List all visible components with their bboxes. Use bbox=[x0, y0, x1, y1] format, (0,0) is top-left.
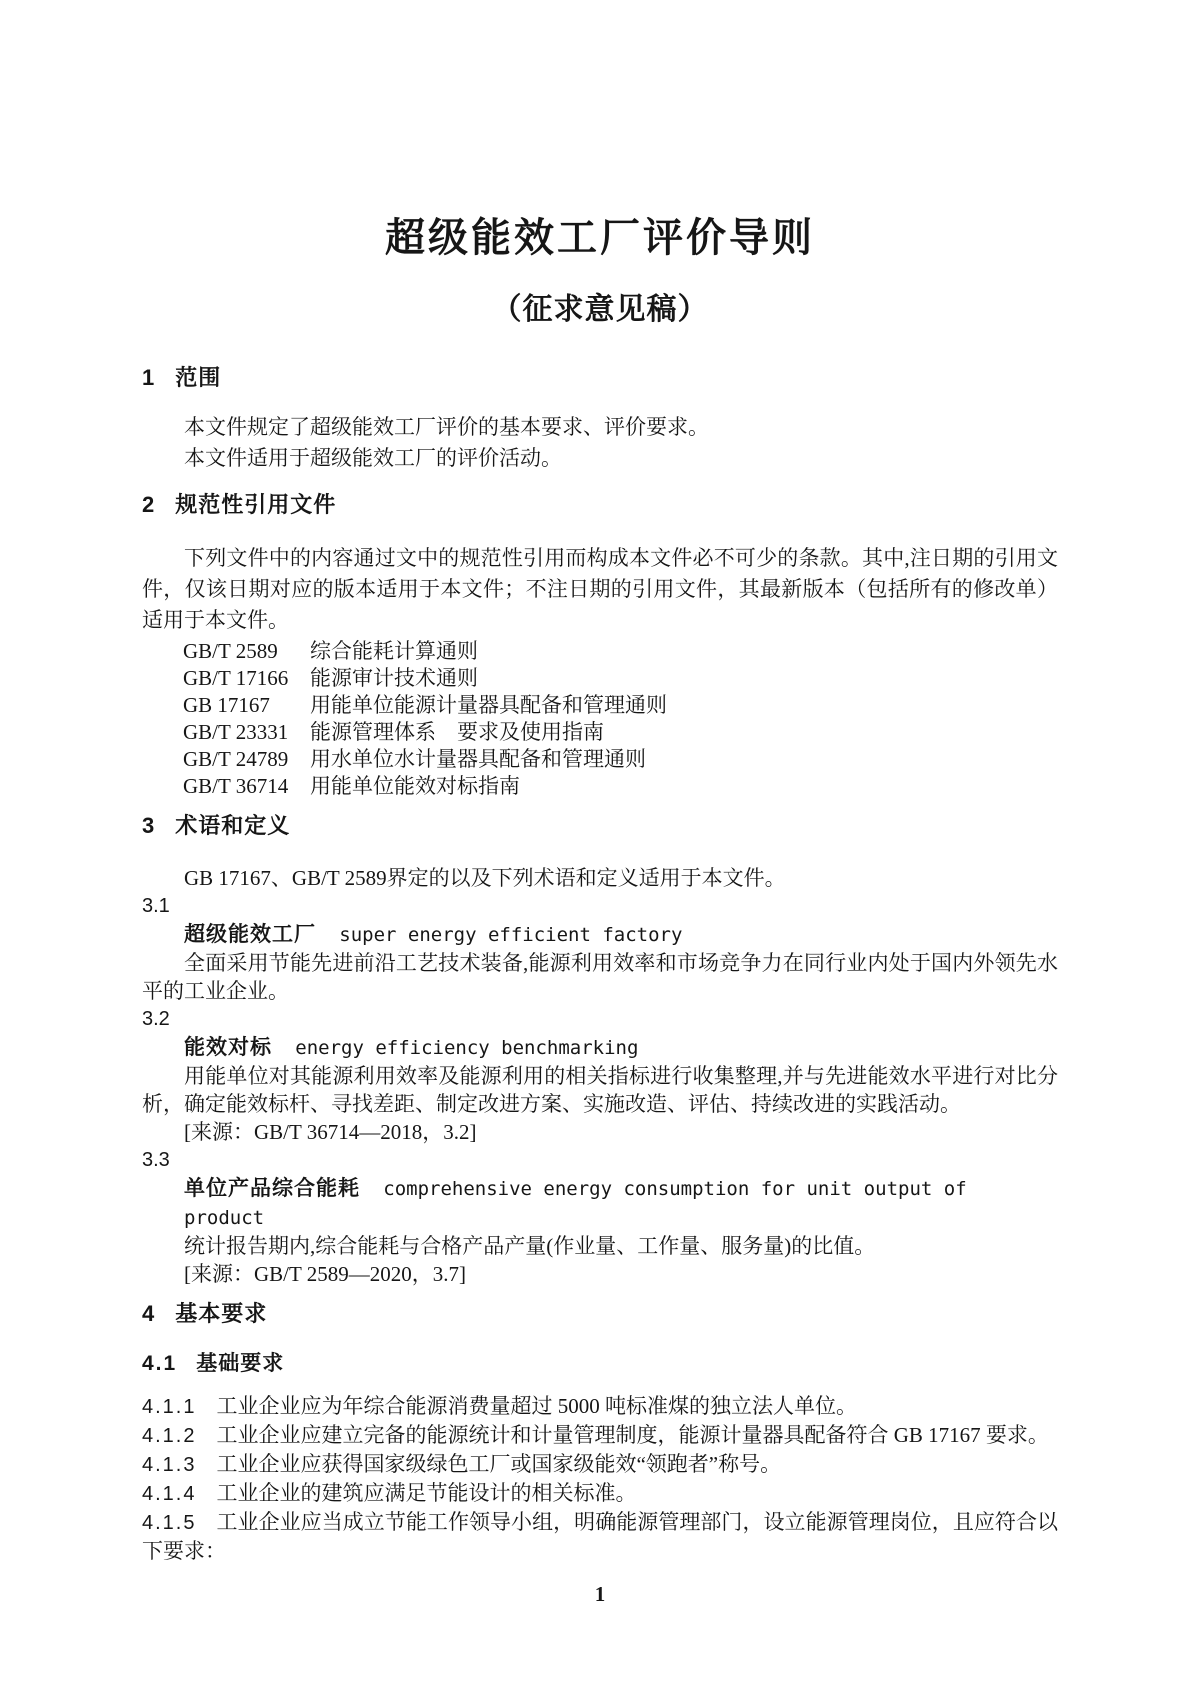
section-number: 1 bbox=[142, 364, 156, 392]
reference-code: GB/T 17166 bbox=[183, 665, 310, 692]
clause-4-1-4: 4.1.4工业企业的建筑应满足节能设计的相关标准。 bbox=[142, 1479, 1058, 1508]
reference-title: 能源审计技术通则 bbox=[310, 665, 478, 692]
term-entry-3-3: 3.3 单位产品综合能耗 comprehensive energy consum… bbox=[142, 1146, 1058, 1288]
term-source: [来源：GB/T 2589—2020，3.7] bbox=[142, 1260, 1058, 1288]
page-number: 1 bbox=[142, 1581, 1058, 1607]
reference-code: GB/T 2589 bbox=[183, 638, 310, 665]
term-name-en: energy efficiency benchmarking bbox=[295, 1037, 638, 1059]
reference-title: 用能单位能源计量器具配备和管理通则 bbox=[310, 692, 667, 719]
clause-number: 4.1.4 bbox=[142, 1483, 196, 1505]
term-source: [来源：GB/T 36714—2018，3.2] bbox=[142, 1118, 1058, 1146]
reference-code: GB/T 36714 bbox=[183, 773, 310, 800]
reference-title: 综合能耗计算通则 bbox=[310, 638, 478, 665]
clause-number: 4.1.2 bbox=[142, 1425, 196, 1447]
section-heading-label: 基本要求 bbox=[175, 1300, 267, 1328]
section-number: 2 bbox=[142, 491, 156, 519]
reference-item: GB 17167 用能单位能源计量器具配备和管理通则 bbox=[142, 692, 1058, 719]
term-entry-3-2: 3.2 能效对标 energy efficiency benchmarking … bbox=[142, 1005, 1058, 1146]
clause-4-1-3: 4.1.3工业企业应获得国家级绿色工厂或国家级能效“领跑者”称号。 bbox=[142, 1450, 1058, 1479]
reference-code: GB 17167 bbox=[183, 692, 310, 719]
reference-title: 能源管理体系 要求及使用指南 bbox=[310, 719, 604, 746]
document-subtitle: （征求意见稿） bbox=[142, 292, 1058, 328]
term-number: 3.2 bbox=[142, 1005, 1058, 1033]
term-name-zh: 单位产品综合能耗 bbox=[184, 1177, 360, 1200]
section-heading-label: 范围 bbox=[175, 364, 221, 392]
term-title-line: 超级能效工厂 super energy efficient factory bbox=[142, 920, 1058, 949]
terms-intro: GB 17167、GB/T 2589界定的以及下列术语和定义适用于本文件。 bbox=[142, 864, 1058, 892]
scope-paragraph-1: 本文件规定了超级能效工厂评价的基本要求、评价要求。 bbox=[142, 412, 1058, 443]
term-number: 3.1 bbox=[142, 892, 1058, 920]
subsection-heading-foundation-requirements: 4.1 基础要求 bbox=[142, 1350, 1058, 1378]
clause-number: 4.1.3 bbox=[142, 1454, 196, 1476]
term-title-line: 能效对标 energy efficiency benchmarking bbox=[142, 1033, 1058, 1062]
reference-item: GB/T 23331 能源管理体系 要求及使用指南 bbox=[142, 719, 1058, 746]
clause-number: 4.1.1 bbox=[142, 1396, 196, 1418]
document-page: 超级能效工厂评价导则 （征求意见稿） 1 范围 本文件规定了超级能效工厂评价的基… bbox=[0, 214, 1190, 1607]
scope-paragraph-2: 本文件适用于超级能效工厂的评价活动。 bbox=[142, 443, 1058, 474]
reference-code: GB/T 24789 bbox=[183, 746, 310, 773]
clause-text: 工业企业应获得国家级绿色工厂或国家级能效“领跑者”称号。 bbox=[216, 1452, 781, 1476]
clause-4-1-5: 4.1.5工业企业应当成立节能工作领导小组，明确能源管理部门，设立能源管理岗位，… bbox=[142, 1508, 1058, 1565]
section-heading-label: 规范性引用文件 bbox=[175, 491, 336, 519]
clause-text: 工业企业的建筑应满足节能设计的相关标准。 bbox=[216, 1481, 636, 1505]
subsection-number: 4.1 bbox=[142, 1350, 177, 1378]
section-heading-normative-references: 2 规范性引用文件 bbox=[142, 491, 1058, 519]
clause-4-1-2: 4.1.2工业企业应建立完备的能源统计和计量管理制度，能源计量器具配备符合 GB… bbox=[142, 1421, 1058, 1450]
section-heading-terms-definitions: 3 术语和定义 bbox=[142, 812, 1058, 840]
section-heading-basic-requirements: 4 基本要求 bbox=[142, 1300, 1058, 1328]
reference-list: GB/T 2589 综合能耗计算通则 GB/T 17166 能源审计技术通则 G… bbox=[142, 638, 1058, 800]
clause-number: 4.1.5 bbox=[142, 1512, 196, 1534]
term-name-zh: 超级能效工厂 bbox=[184, 923, 316, 946]
reference-title: 用能单位能效对标指南 bbox=[310, 773, 520, 800]
clause-text: 工业企业应当成立节能工作领导小组，明确能源管理部门，设立能源管理岗位，且应符合以… bbox=[142, 1510, 1058, 1563]
clause-4-1-1: 4.1.1工业企业应为年综合能源消费量超过 5000 吨标准煤的独立法人单位。 bbox=[142, 1392, 1058, 1421]
term-definition: 统计报告期内,综合能耗与合格产品产量(作业量、工作量、服务量)的比值。 bbox=[142, 1232, 1058, 1260]
term-definition: 用能单位对其能源利用效率及能源利用的相关指标进行收集整理,并与先进能效水平进行对… bbox=[142, 1062, 1058, 1118]
reference-item: GB/T 2589 综合能耗计算通则 bbox=[142, 638, 1058, 665]
reference-code: GB/T 23331 bbox=[183, 719, 310, 746]
subsection-heading-label: 基础要求 bbox=[196, 1350, 284, 1378]
term-title-line: 单位产品综合能耗 comprehensive energy consumptio… bbox=[142, 1174, 1058, 1232]
clause-list: 4.1.1工业企业应为年综合能源消费量超过 5000 吨标准煤的独立法人单位。 … bbox=[142, 1392, 1058, 1565]
term-number: 3.3 bbox=[142, 1146, 1058, 1174]
document-title: 超级能效工厂评价导则 bbox=[142, 214, 1058, 262]
term-name-en: super energy efficient factory bbox=[339, 924, 682, 946]
reference-item: GB/T 36714 用能单位能效对标指南 bbox=[142, 773, 1058, 800]
section-number: 3 bbox=[142, 812, 156, 840]
section-heading-scope: 1 范围 bbox=[142, 364, 1058, 392]
section-number: 4 bbox=[142, 1300, 156, 1328]
clause-text: 工业企业应为年综合能源消费量超过 5000 吨标准煤的独立法人单位。 bbox=[216, 1394, 857, 1418]
term-definition: 全面采用节能先进前沿工艺技术装备,能源利用效率和市场竞争力在同行业内处于国内外领… bbox=[142, 949, 1058, 1005]
section-heading-label: 术语和定义 bbox=[175, 812, 290, 840]
clause-text: 工业企业应建立完备的能源统计和计量管理制度，能源计量器具配备符合 GB 1716… bbox=[216, 1423, 1048, 1447]
reference-item: GB/T 17166 能源审计技术通则 bbox=[142, 665, 1058, 692]
normative-references-intro: 下列文件中的内容通过文中的规范性引用而构成本文件必不可少的条款。其中,注日期的引… bbox=[142, 543, 1058, 636]
reference-item: GB/T 24789 用水单位水计量器具配备和管理通则 bbox=[142, 746, 1058, 773]
term-name-zh: 能效对标 bbox=[184, 1036, 272, 1059]
reference-title: 用水单位水计量器具配备和管理通则 bbox=[310, 746, 646, 773]
term-entry-3-1: 3.1 超级能效工厂 super energy efficient factor… bbox=[142, 892, 1058, 1005]
